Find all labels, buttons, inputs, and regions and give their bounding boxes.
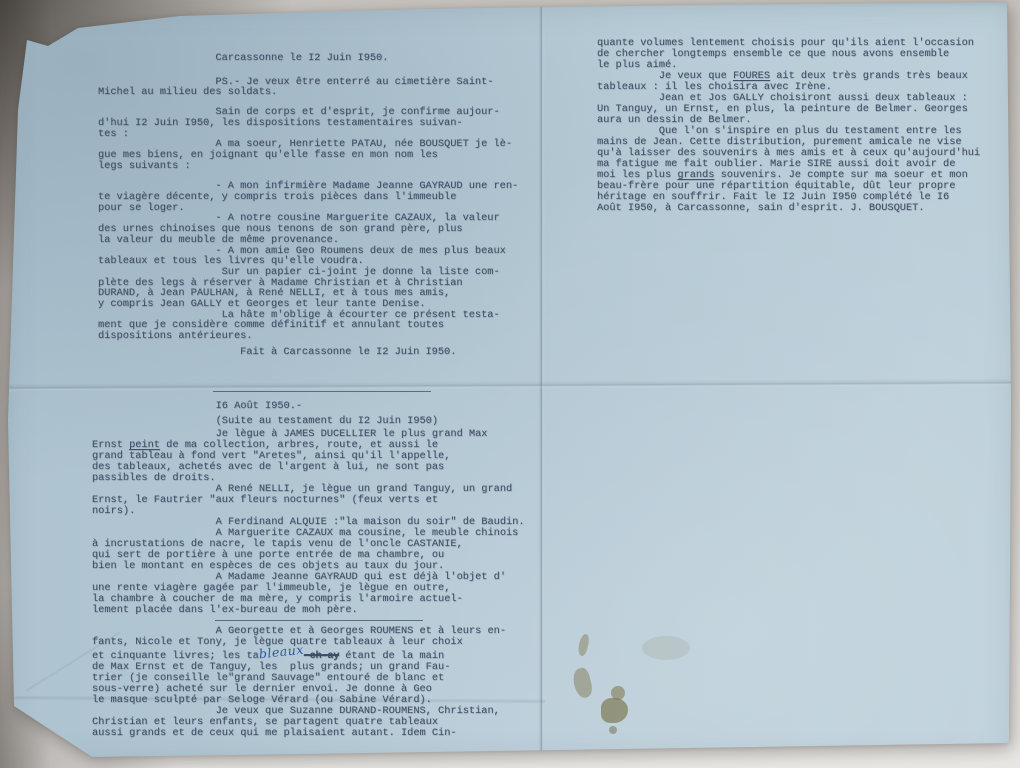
page-left-bottom-section: I6 Août I950.- (Suite au testament du I2… — [92, 386, 525, 739]
para-final: Que l'on s'inspire en plus du testament … — [597, 126, 980, 214]
section-rule-middle — [215, 620, 423, 621]
testament-sheet: Carcassonne le I2 Juin I950. PS.- Je veu… — [0, 0, 1020, 768]
para-hate: La hâte m'oblige à écourter ce présent t… — [98, 310, 518, 342]
para-nelli: A René NELLI, je lègue un grand Tanguy, … — [92, 484, 525, 517]
para-infirmiere: - A mon infirmière Madame Jeanne GAYRAUD… — [98, 181, 518, 213]
para-ducellier: Je lègue à JAMES DUCELLIER le plus grand… — [92, 429, 525, 484]
para-gally: Jean et Jos GALLY choisiront aussi deux … — [597, 93, 980, 126]
para-durand-roumens: Je veux que Suzanne DURAND-ROUMENS, Chri… — [92, 706, 525, 739]
para-soeur: A ma soeur, Henriette PATAU, née BOUSQUE… — [98, 139, 518, 171]
stain-blob-small — [571, 666, 595, 699]
dateline: Carcassonne le I2 Juin I950. — [98, 53, 518, 64]
para-gayraud: A Madame Jeanne GAYRAUD qui est déjà l'o… — [92, 572, 525, 616]
paper-shadow: Carcassonne le I2 Juin I950. PS.- Je veu… — [0, 0, 1020, 768]
page-right-section: quante volumes lentement choisis pour qu… — [597, 38, 980, 214]
section-subheading: (Suite au testament du I2 Juin I950) — [92, 414, 525, 429]
para-ps: PS.- Je veux être enterré au cimetière S… — [98, 77, 518, 98]
handwritten-correction: bleaux — [258, 644, 304, 660]
stain-blob-large — [601, 698, 628, 723]
para-foures: Je veux que FOURES ait deux très grands … — [597, 71, 980, 93]
page-left-top-section: Carcassonne le I2 Juin I950. PS.- Je veu… — [98, 53, 518, 358]
section-rule-top — [213, 391, 431, 392]
stain-speck — [609, 726, 617, 734]
para-roumens: A Georgette et à Georges ROUMENS et à le… — [92, 626, 525, 706]
section-heading: I6 Août I950.- — [92, 399, 525, 414]
para-amie: - A mon amie Geo Roumens deux de mes plu… — [98, 246, 518, 267]
para-cousine: - A notre cousine Marguerite CAZAUX, la … — [98, 213, 518, 245]
para-cazaux: A Marguerite CAZAUX ma cousine, le meubl… — [92, 528, 525, 572]
para-fait: Fait à Carcassonne le I2 Juin I950. — [98, 347, 518, 358]
stain-streak — [576, 633, 590, 657]
para-papier: Sur un papier ci-joint je donne la liste… — [98, 267, 518, 310]
stain-smear — [642, 636, 690, 660]
photo-backdrop: { "colors": { "paper": "#b6cad6", "ink":… — [0, 0, 1020, 768]
para-cinquante-volumes: quante volumes lentement choisis pour qu… — [597, 38, 980, 71]
para-confirmation: Sain de corps et d'esprit, je confirme a… — [98, 107, 518, 139]
stain-dot — [611, 686, 625, 700]
